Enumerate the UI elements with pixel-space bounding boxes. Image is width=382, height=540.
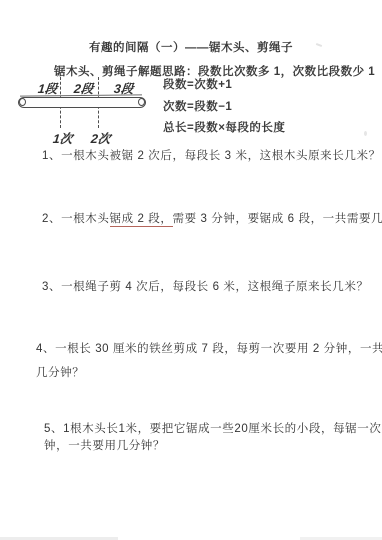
formula-segments: 段数=次数+1 [163,79,285,92]
log-end-right [138,98,145,106]
question-5: 5、1根木头长1米，要把它锯成一些20厘米长的小段，每锯一次要3分 钟，一共要用… [44,421,382,454]
log-cylinder-drawing [18,97,146,108]
question-2-underlined-phrase: 锯成 2 段， [110,213,173,227]
question-2-prefix: 2、一根木头 [42,213,110,225]
log-end-left [19,98,26,106]
question-5-line-1: 5、1根木头长1米，要把它锯成一些20厘米长的小段，每锯一次要3分 [44,421,382,438]
question-5-line-2: 钟，一共要用几分钟？ [44,438,382,455]
formula-total-length: 总长=段数×每段的长度 [163,122,285,135]
formula-cuts: 次数=段数−1 [163,101,285,114]
question-1: 1、一根木头被锯 2 次后，每段长 3 米，这根木头原来长几米？ [42,148,381,164]
question-2: 2、一根木头锯成 2 段，需要 3 分钟，要锯成 6 段，一共需要几分钟？ [42,211,382,227]
log-diagram: 1段 2段 3段 1次 2次 [16,77,152,149]
question-1-text: 1、一根木头被锯 2 次后，每段长 3 米，这根木头原来长几米？ [42,150,381,162]
question-3: 3、一根绳子剪 4 次后，每段长 6 米，这根绳子原来长几米？ [42,279,369,295]
worksheet-page: 有趣的间隔（一）——锯木头、剪绳子 锯木头、剪绳子解题思路：段数比次数多 1，次… [0,0,382,540]
question-2-suffix: 需要 3 分钟，要锯成 6 段，一共需要几分钟？ [173,213,382,225]
cut-label-1: 1次 [52,129,73,147]
question-4: 4、一根长 30 厘米的铁丝剪成 7 段，每剪一次要用 2 分钟，一共需要 几分… [36,337,382,385]
question-3-text: 3、一根绳子剪 4 次后，每段长 6 米，这根绳子原来长几米？ [42,281,369,293]
question-4-line-2: 几分钟？ [36,361,382,385]
cut-label-2: 2次 [90,129,111,147]
scan-artifact [364,131,367,136]
formula-list: 段数=次数+1 次数=段数−1 总长=段数×每段的长度 [163,79,285,144]
question-4-line-1: 4、一根长 30 厘米的铁丝剪成 7 段，每剪一次要用 2 分钟，一共需要 [36,337,382,361]
page-title: 有趣的间隔（一）——锯木头、剪绳子 [0,39,382,55]
